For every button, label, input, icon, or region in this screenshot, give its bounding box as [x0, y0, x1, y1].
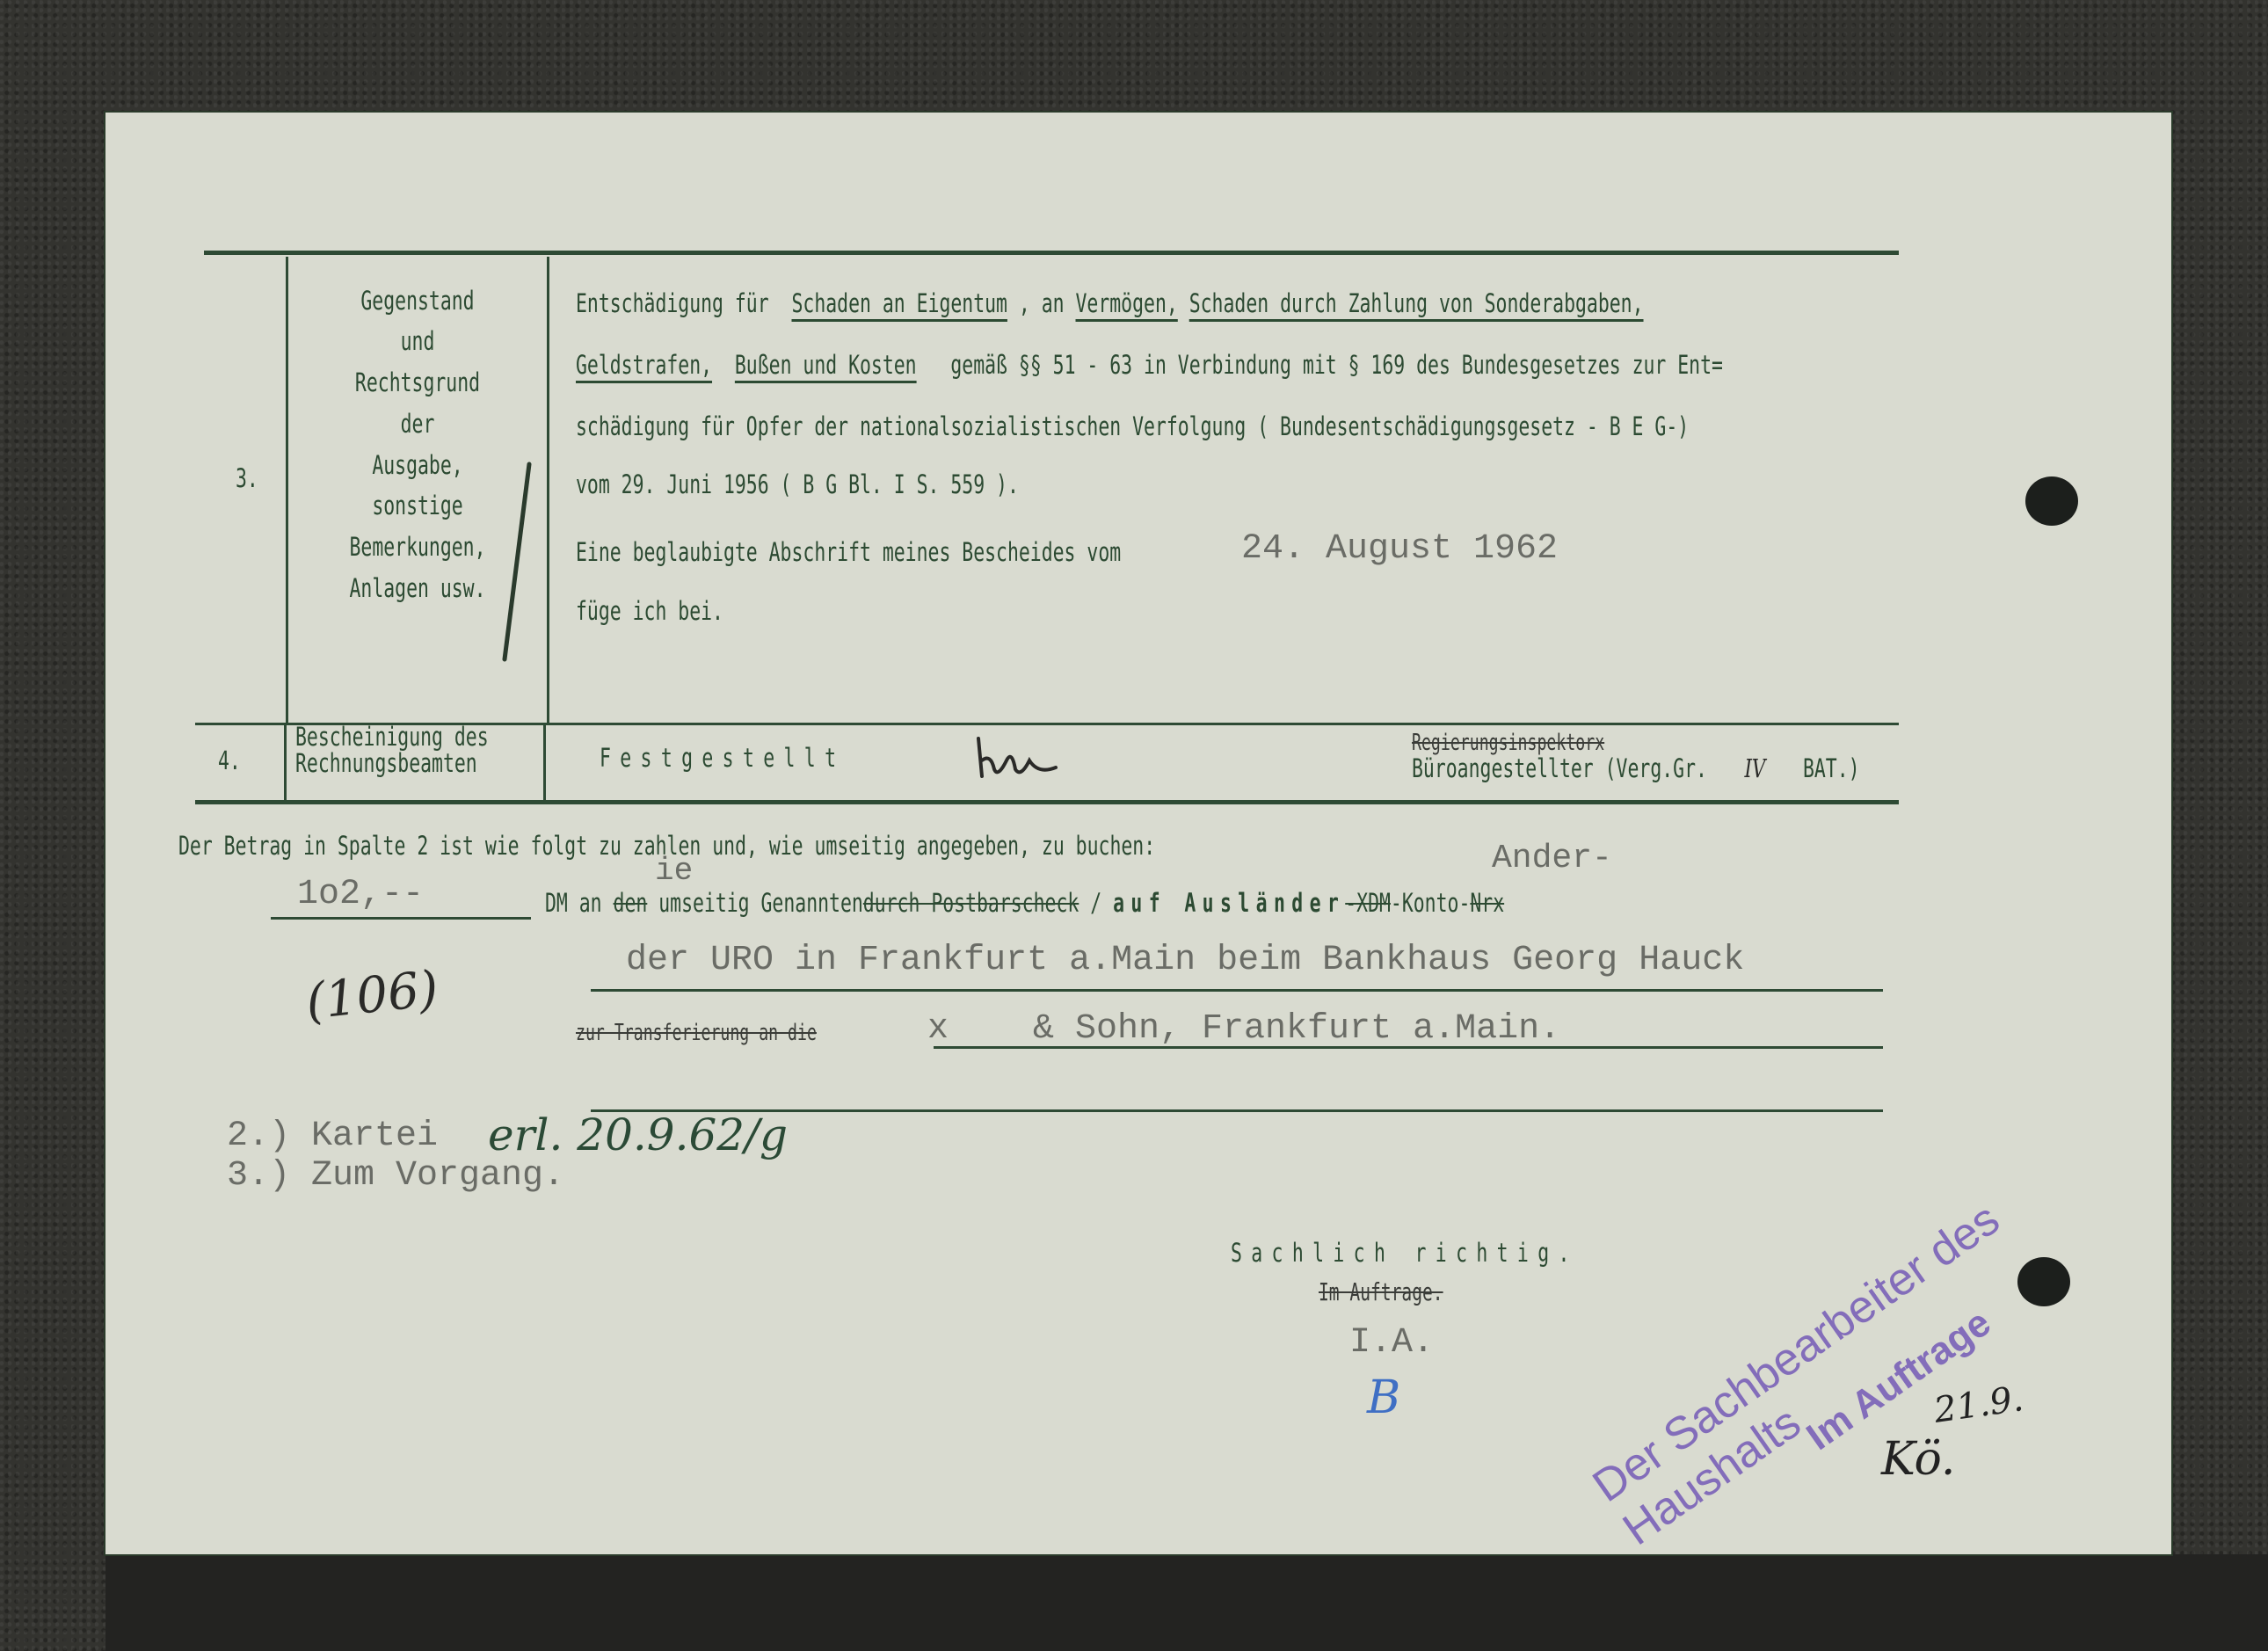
decision-date: 24. August 1962 [1241, 529, 1558, 569]
label-line: und [323, 326, 512, 356]
backing-shadow [105, 1554, 2268, 1651]
text: -Konto- [1391, 888, 1470, 918]
struck-im-auftrage: Im Auftrage. [1319, 1277, 1443, 1306]
text: BAT.) [1803, 753, 1860, 783]
recipient-underline-2 [934, 1046, 1883, 1049]
content-line-1: Entschädigung für Schaden an Eigentum , … [576, 288, 1644, 318]
column-divider-1-row4 [284, 723, 287, 802]
content-line-6: füge ich bei. [576, 596, 723, 626]
ia-abbrev: I.A. [1349, 1323, 1434, 1363]
handwritten-slash-mark [492, 457, 536, 668]
row4-label-2: Rechnungsbeamten [295, 750, 477, 776]
underlined-term: Vermögen, [1076, 288, 1178, 318]
underlined-term: Schaden an Eigentum [791, 288, 1007, 318]
content-line-4: vom 29. Juni 1956 ( B G Bl. I S. 559 ). [576, 469, 1019, 499]
note-item-3: 3.) Zum Vorgang. [227, 1156, 564, 1196]
content-line-2: Geldstrafen, Bußen und Kosten gemäß §§ 5… [576, 350, 1723, 380]
label-line: Ausgabe, [323, 450, 512, 480]
label-line: Bemerkungen, [323, 532, 512, 562]
struck-word: -XDM [1345, 888, 1391, 918]
recipient-line-1: der URO in Frankfurt a.Main beim Bankhau… [626, 941, 1744, 980]
content-line-3: schädigung für Opfer der nationalsoziali… [576, 411, 1689, 441]
handwritten-done-note: erl. 20.9.62/g [488, 1109, 788, 1160]
handwritten-initials [971, 734, 1068, 787]
table-bottom-rule [195, 800, 1899, 804]
signature: Kö. [1881, 1433, 1955, 1486]
label-line: der [323, 409, 512, 439]
label-line: Anlagen usw. [323, 573, 512, 603]
row3-number: 3. [236, 463, 258, 493]
amount-underline [271, 917, 531, 920]
text: auf Ausländer [1113, 888, 1345, 918]
content-line-5: Eine beglaubigte Abschrift meines Besche… [576, 537, 1121, 567]
row4-number: 4. [218, 745, 241, 775]
text: DM an [545, 888, 602, 918]
blue-initial: B [1367, 1371, 1400, 1424]
sachlich-richtig: Sachlich richtig. [1231, 1238, 1579, 1268]
struck-word: Nrx [1470, 888, 1504, 918]
text: / [1090, 888, 1101, 918]
label-line: Rechtsgrund [323, 367, 512, 397]
struck-transfer: zur Transferierung an die [576, 1020, 817, 1046]
punch-hole-top [2025, 476, 2078, 526]
underlined-term: Bußen und Kosten [735, 350, 917, 380]
text: , an [1019, 288, 1065, 318]
note-item-2: 2.) Kartei [227, 1116, 438, 1156]
text: gemäß §§ 51 - 63 in Verbindung mit § 169… [950, 350, 1723, 380]
struck-title: Regierungsinspektorx [1412, 730, 1604, 756]
payment-line: DM an den umseitig Genanntendurch Postba… [545, 888, 1504, 918]
column-divider-2 [547, 257, 549, 725]
column-divider-1 [286, 257, 288, 725]
label-line: Gegenstand [323, 286, 512, 316]
text: Büroangestellter (Verg.Gr. [1412, 753, 1707, 783]
festgestellt-text: Festgestellt [600, 743, 845, 773]
amount-value: 1o2,-- [297, 875, 424, 914]
recipient-x: x [927, 1009, 949, 1049]
underlined-term: Schaden durch Zahlung von Sonderabgaben, [1189, 288, 1644, 318]
column-divider-2-row4 [543, 723, 546, 800]
insert-ander: Ander- [1492, 840, 1612, 877]
pay-grade: IV [1719, 753, 1792, 783]
insert-ie: ie [655, 853, 693, 889]
text: Entschädigung für [576, 288, 769, 318]
struck-word: den [614, 888, 648, 918]
employee-title-line: Büroangestellter (Verg.Gr. IV BAT.) [1412, 753, 1860, 783]
text: umseitig Genannten [658, 888, 863, 918]
underlined-term: Geldstrafen, [576, 350, 712, 380]
label-line: sonstige [323, 491, 512, 520]
struck-phrase: durch Postbarscheck [863, 888, 1079, 918]
recipient-line-2: & Sohn, Frankfurt a.Main. [1033, 1009, 1560, 1049]
punch-hole-bottom [2017, 1257, 2070, 1306]
row4-label-1: Bescheinigung des [295, 724, 489, 750]
table-top-rule [204, 251, 1899, 255]
recipient-underline-1 [591, 989, 1883, 992]
